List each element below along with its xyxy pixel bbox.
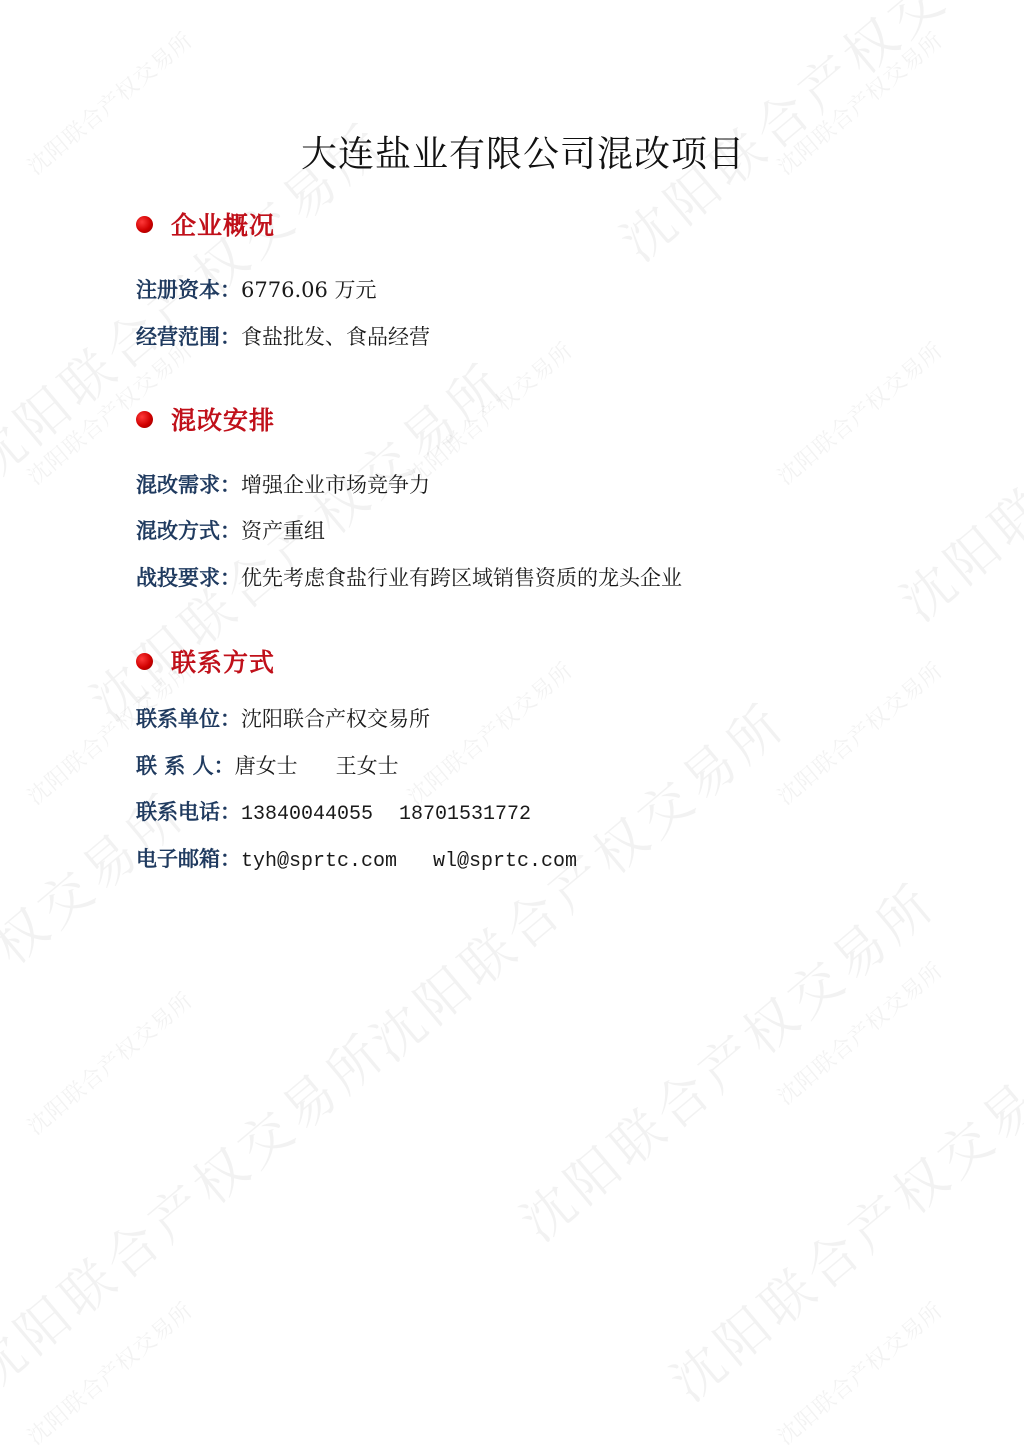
field-value: 资产重组	[241, 516, 325, 546]
watermark-text: 沈阳联合产权交易所	[400, 334, 579, 491]
field-business-scope: 经营范围： 食盐批发、食品经营	[136, 322, 430, 352]
watermark-text: 沈阳联合产权交易所	[0, 772, 200, 1165]
field-label: 注册资本：	[136, 275, 241, 305]
field-contact-email: 电子邮箱： tyh@sprtc.com wl@sprtc.com	[136, 844, 577, 877]
field-contact-phone: 联系电话： 13840044055 18701531772	[136, 797, 531, 830]
field-value: 沈阳联合产权交易所	[241, 704, 430, 734]
watermark-text: 沈阳联合产权交易所	[20, 984, 199, 1141]
field-label: 联 系 人：	[136, 751, 235, 781]
watermark-text: 沈阳联合产权交易所	[770, 334, 949, 491]
watermark-text: 沈阳联合产权交易所	[652, 1022, 1024, 1415]
bullet-icon	[136, 216, 153, 233]
field-registered-capital: 注册资本： 6776.06 万元	[136, 275, 377, 305]
section-title: 混改安排	[171, 401, 275, 437]
field-label: 混改方式：	[136, 516, 241, 546]
watermark-text: 沈阳联合产权交易所	[770, 1294, 949, 1448]
contact-email-1[interactable]: tyh@sprtc.com	[241, 847, 397, 877]
field-label: 电子邮箱：	[136, 844, 241, 874]
watermark-text: 沈阳联合产权交易所	[882, 242, 1024, 635]
contact-email-2[interactable]: wl@sprtc.com	[433, 847, 577, 877]
field-label: 混改需求：	[136, 470, 241, 500]
field-label: 战投要求：	[136, 563, 241, 593]
watermark-text: 沈阳联合产权交易所	[502, 862, 950, 1255]
field-label: 联系单位：	[136, 704, 241, 734]
field-reform-need: 混改需求： 增强企业市场竞争力	[136, 470, 430, 500]
section-title: 联系方式	[171, 643, 275, 679]
section-heading-company-overview: 企业概况	[136, 206, 275, 242]
contact-person-2: 王女士	[336, 751, 399, 781]
section-heading-contact: 联系方式	[136, 643, 275, 679]
contact-phone-2[interactable]: 18701531772	[399, 800, 531, 830]
section-heading-reform-arrangement: 混改安排	[136, 401, 275, 437]
document-title: 大连盐业有限公司混改项目	[0, 126, 1024, 177]
watermark-text: 沈阳联合产权交易所	[770, 654, 949, 811]
watermark-text: 沈阳联合产权交易所	[352, 682, 800, 1075]
field-label: 联系电话：	[136, 797, 241, 827]
field-reform-method: 混改方式： 资产重组	[136, 516, 325, 546]
field-value: 增强企业市场竞争力	[241, 470, 430, 500]
field-contact-organization: 联系单位： 沈阳联合产权交易所	[136, 704, 430, 734]
field-investor-requirement: 战投要求： 优先考虑食盐行业有跨区域销售资质的龙头企业	[136, 563, 682, 593]
watermark-text: 沈阳联合产权交易所	[770, 954, 949, 1111]
field-value: 6776.06 万元	[241, 275, 377, 305]
contact-person-1: 唐女士	[235, 751, 298, 781]
field-value: 优先考虑食盐行业有跨区域销售资质的龙头企业	[241, 563, 682, 593]
section-title: 企业概况	[171, 206, 275, 242]
field-value: 食盐批发、食品经营	[241, 322, 430, 352]
contact-phone-1[interactable]: 13840044055	[241, 800, 373, 830]
watermark-text: 沈阳联合产权交易所	[20, 1294, 199, 1448]
bullet-icon	[136, 653, 153, 670]
field-label: 经营范围：	[136, 322, 241, 352]
field-contact-person: 联 系 人： 唐女士 王女士	[136, 751, 399, 781]
watermark-text: 沈阳联合产权交易所	[0, 1012, 400, 1405]
bullet-icon	[136, 411, 153, 428]
